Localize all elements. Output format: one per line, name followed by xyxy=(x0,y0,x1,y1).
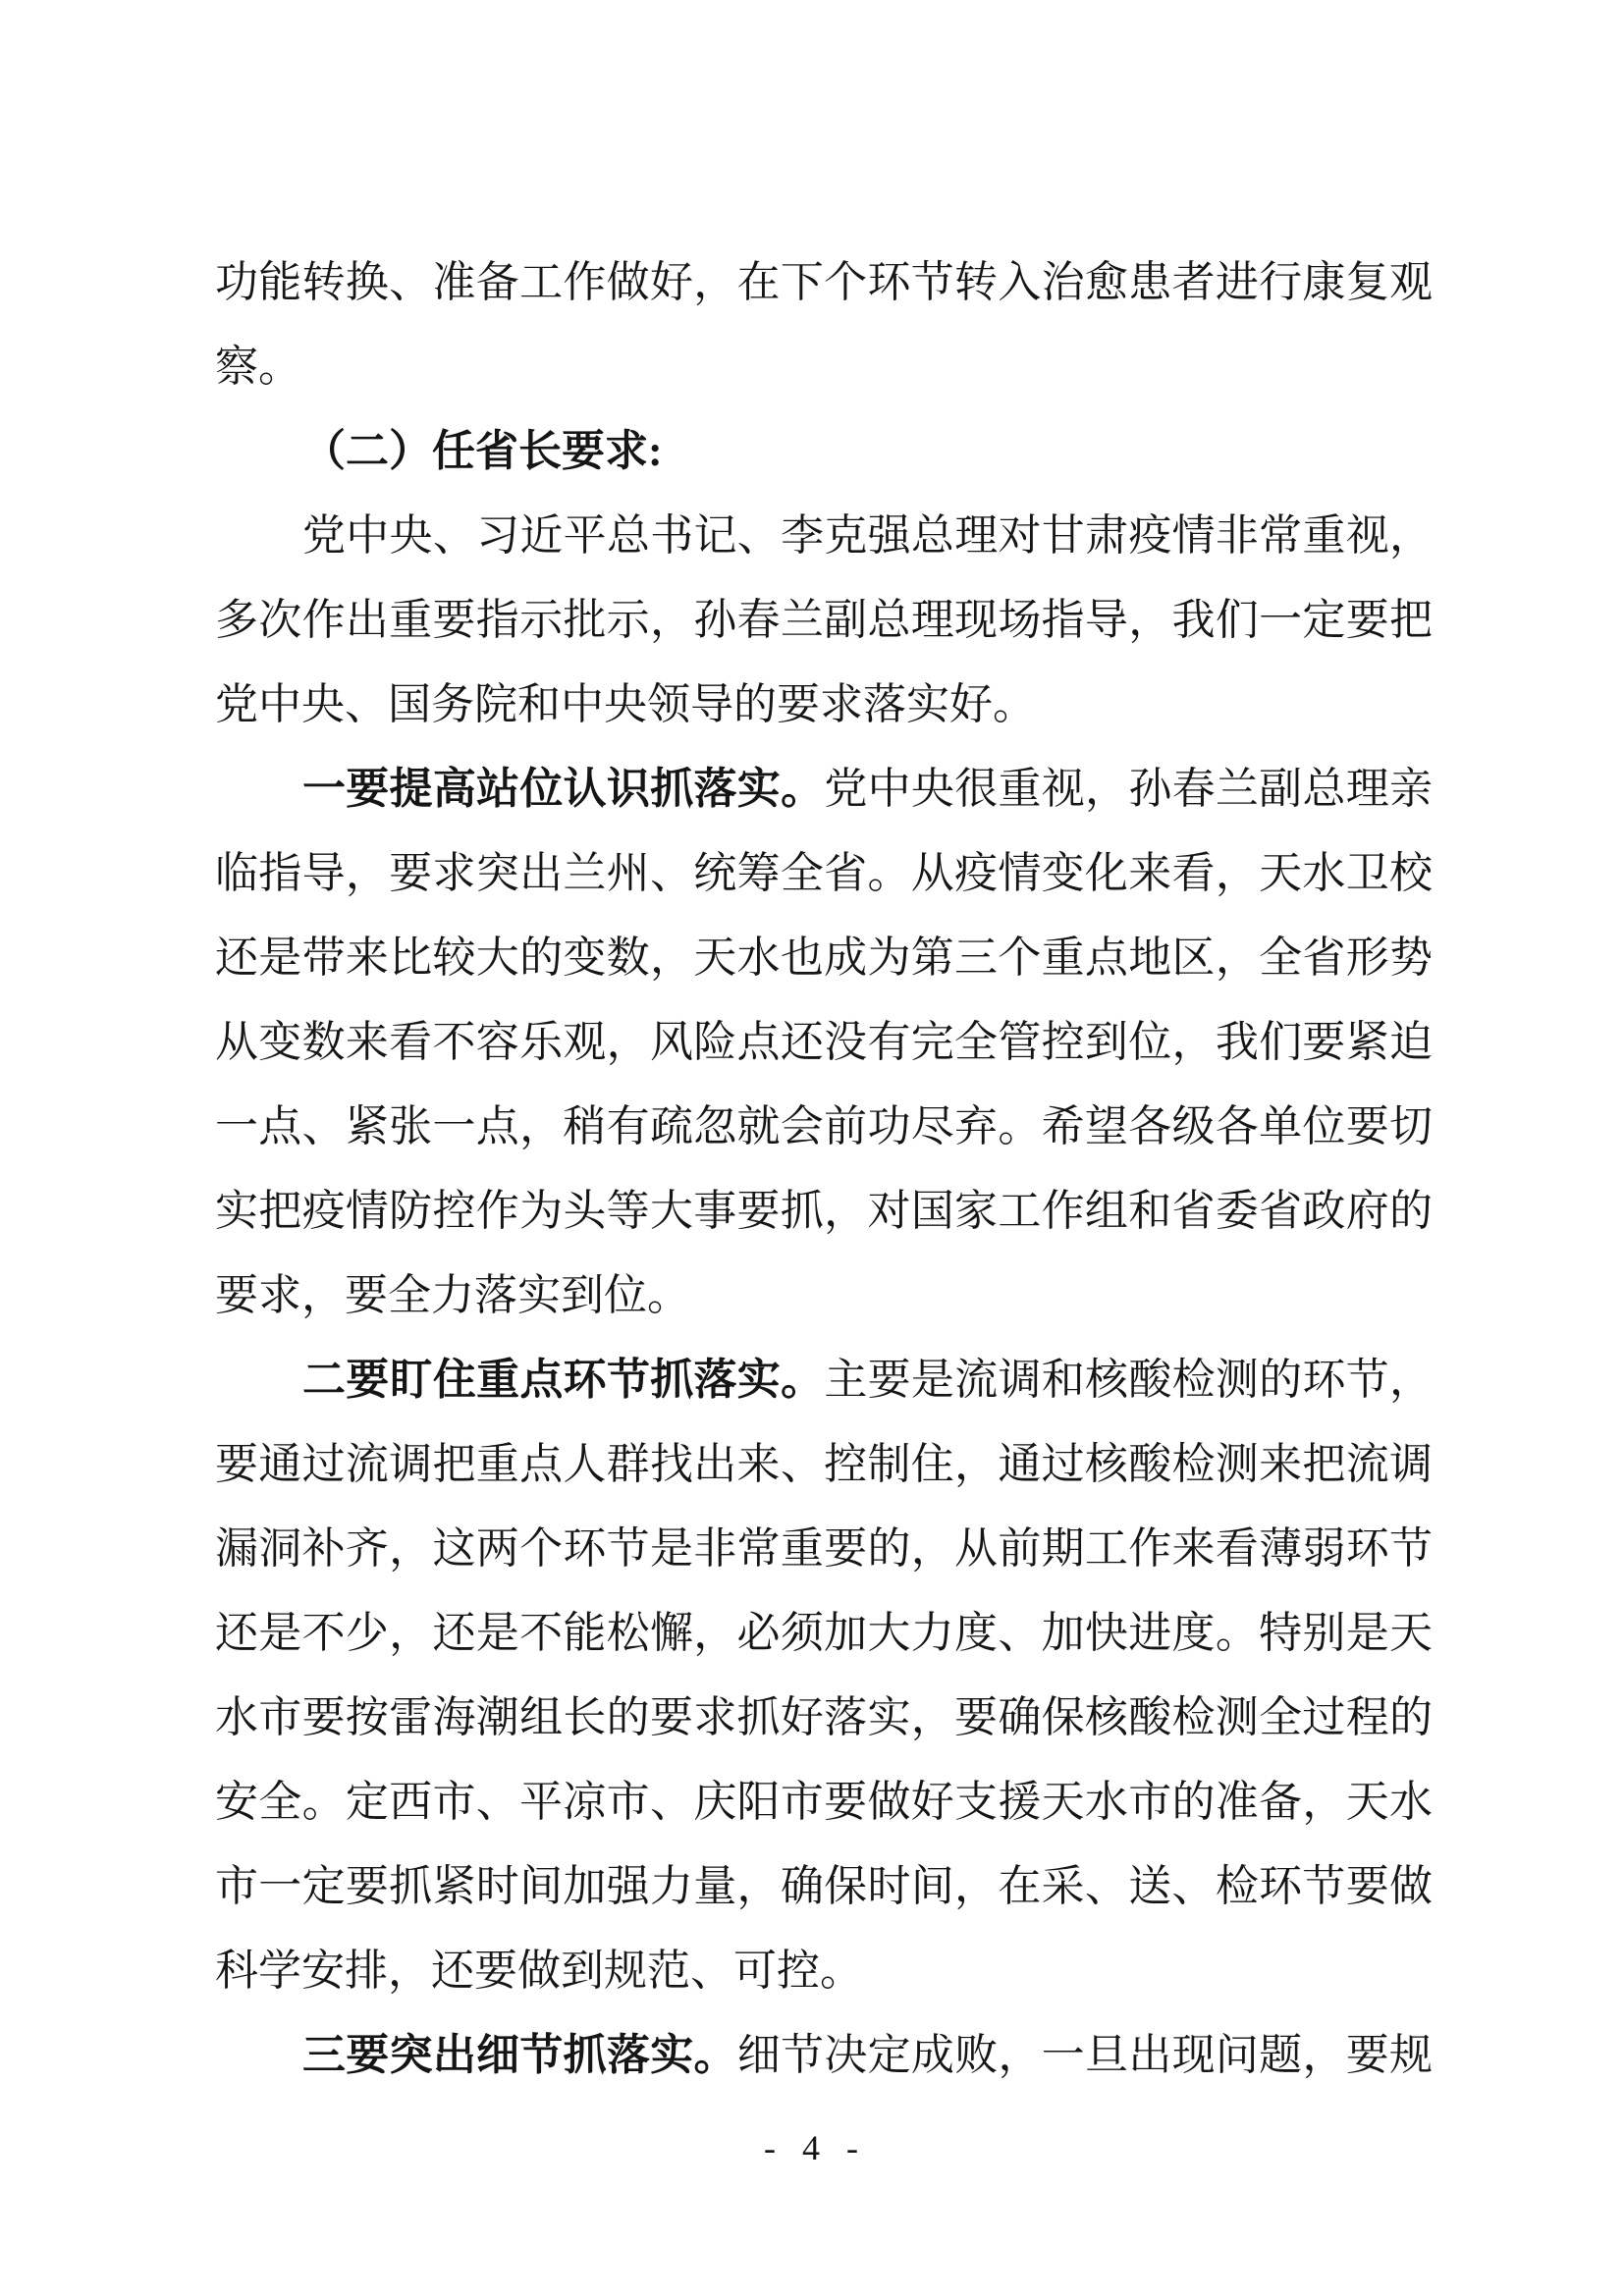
text-line: 三要突出细节抓落实。细节决定成败，一旦出现问题，要规 xyxy=(215,2013,1433,2098)
document-body: 功能转换、准备工作做好，在下个环节转入治愈患者进行康复观察。（二）任省长要求:党… xyxy=(215,240,1433,2098)
text-line: （二）任省长要求: xyxy=(215,409,1433,494)
text-run: 细节决定成败，一旦出现问题，要规 xyxy=(737,2031,1433,2079)
text-line: 党中央、习近平总书记、李克强总理对甘肃疫情非常重视， xyxy=(215,494,1433,578)
emphasis-run: 一要提高站位认识抓落实。 xyxy=(302,765,824,813)
text-run: 还是带来比较大的变数，天水也成为第三个重点地区，全省形势 xyxy=(215,934,1433,982)
text-run: 多次作出重要指示批示，孙春兰副总理现场指导，我们一定要把 xyxy=(215,596,1433,644)
text-line: 要通过流调把重点人群找出来、控制住，通过核酸检测来把流调 xyxy=(215,1422,1433,1507)
text-line: 科学安排，还要做到规范、可控。 xyxy=(215,1929,1433,2013)
text-run: 功能转换、准备工作做好，在下个环节转入治愈患者进行康复观 xyxy=(215,258,1433,306)
text-run: 水市要按雷海潮组长的要求抓好落实，要确保核酸检测全过程的 xyxy=(215,1693,1433,1741)
emphasis-run: （二）任省长要求: xyxy=(302,427,663,475)
document-page: 功能转换、准备工作做好，在下个环节转入治愈患者进行康复观察。（二）任省长要求:党… xyxy=(0,0,1624,2296)
text-line: 察。 xyxy=(215,325,1433,409)
text-run: 党中央、国务院和中央领导的要求落实好。 xyxy=(215,680,1036,728)
emphasis-run: 二要盯住重点环节抓落实。 xyxy=(302,1356,824,1404)
text-run: 安全。定西市、平凉市、庆阳市要做好支援天水市的准备，天水 xyxy=(215,1778,1433,1826)
text-run: 党中央很重视，孙春兰副总理亲 xyxy=(824,765,1433,813)
text-line: 临指导，要求突出兰州、统筹全省。从疫情变化来看，天水卫校 xyxy=(215,831,1433,916)
text-run: 科学安排，还要做到规范、可控。 xyxy=(215,1947,863,1995)
emphasis-run: 三要突出细节抓落实。 xyxy=(302,2031,737,2079)
text-run: 要求，要全力落实到位。 xyxy=(215,1271,690,1319)
text-run: 临指导，要求突出兰州、统筹全省。从疫情变化来看，天水卫校 xyxy=(215,849,1433,897)
text-run: 市一定要抓紧时间加强力量，确保时间，在采、送、检环节要做 xyxy=(215,1862,1433,1910)
page-number: - 4 - xyxy=(0,2128,1624,2167)
text-run: 察。 xyxy=(215,343,301,391)
text-line: 一点、紧张一点，稍有疏忽就会前功尽弃。希望各级各单位要切 xyxy=(215,1085,1433,1169)
text-line: 市一定要抓紧时间加强力量，确保时间，在采、送、检环节要做 xyxy=(215,1844,1433,1929)
text-run: 要通过流调把重点人群找出来、控制住，通过核酸检测来把流调 xyxy=(215,1440,1433,1488)
text-run: 一点、紧张一点，稍有疏忽就会前功尽弃。希望各级各单位要切 xyxy=(215,1102,1433,1150)
text-line: 还是不少，还是不能松懈，必须加大力度、加快进度。特别是天 xyxy=(215,1591,1433,1676)
text-run: 从变数来看不容乐观，风险点还没有完全管控到位，我们要紧迫 xyxy=(215,1018,1433,1066)
text-line: 从变数来看不容乐观，风险点还没有完全管控到位，我们要紧迫 xyxy=(215,1000,1433,1085)
text-run: 主要是流调和核酸检测的环节， xyxy=(824,1356,1433,1404)
text-run: 实把疫情防控作为头等大事要抓，对国家工作组和省委省政府的 xyxy=(215,1187,1433,1235)
text-line: 要求，要全力落实到位。 xyxy=(215,1254,1433,1338)
text-line: 漏洞补齐，这两个环节是非常重要的，从前期工作来看薄弱环节 xyxy=(215,1507,1433,1591)
text-line: 安全。定西市、平凉市、庆阳市要做好支援天水市的准备，天水 xyxy=(215,1760,1433,1844)
text-run: 党中央、习近平总书记、李克强总理对甘肃疫情非常重视， xyxy=(302,511,1433,560)
text-line: 多次作出重要指示批示，孙春兰副总理现场指导，我们一定要把 xyxy=(215,578,1433,663)
text-line: 功能转换、准备工作做好，在下个环节转入治愈患者进行康复观 xyxy=(215,240,1433,325)
text-line: 一要提高站位认识抓落实。党中央很重视，孙春兰副总理亲 xyxy=(215,747,1433,831)
text-line: 党中央、国务院和中央领导的要求落实好。 xyxy=(215,663,1433,747)
text-run: 漏洞补齐，这两个环节是非常重要的，从前期工作来看薄弱环节 xyxy=(215,1524,1433,1573)
text-line: 水市要按雷海潮组长的要求抓好落实，要确保核酸检测全过程的 xyxy=(215,1676,1433,1760)
text-line: 实把疫情防控作为头等大事要抓，对国家工作组和省委省政府的 xyxy=(215,1169,1433,1254)
text-line: 二要盯住重点环节抓落实。主要是流调和核酸检测的环节， xyxy=(215,1338,1433,1422)
text-run: 还是不少，还是不能松懈，必须加大力度、加快进度。特别是天 xyxy=(215,1609,1433,1657)
text-line: 还是带来比较大的变数，天水也成为第三个重点地区，全省形势 xyxy=(215,916,1433,1000)
